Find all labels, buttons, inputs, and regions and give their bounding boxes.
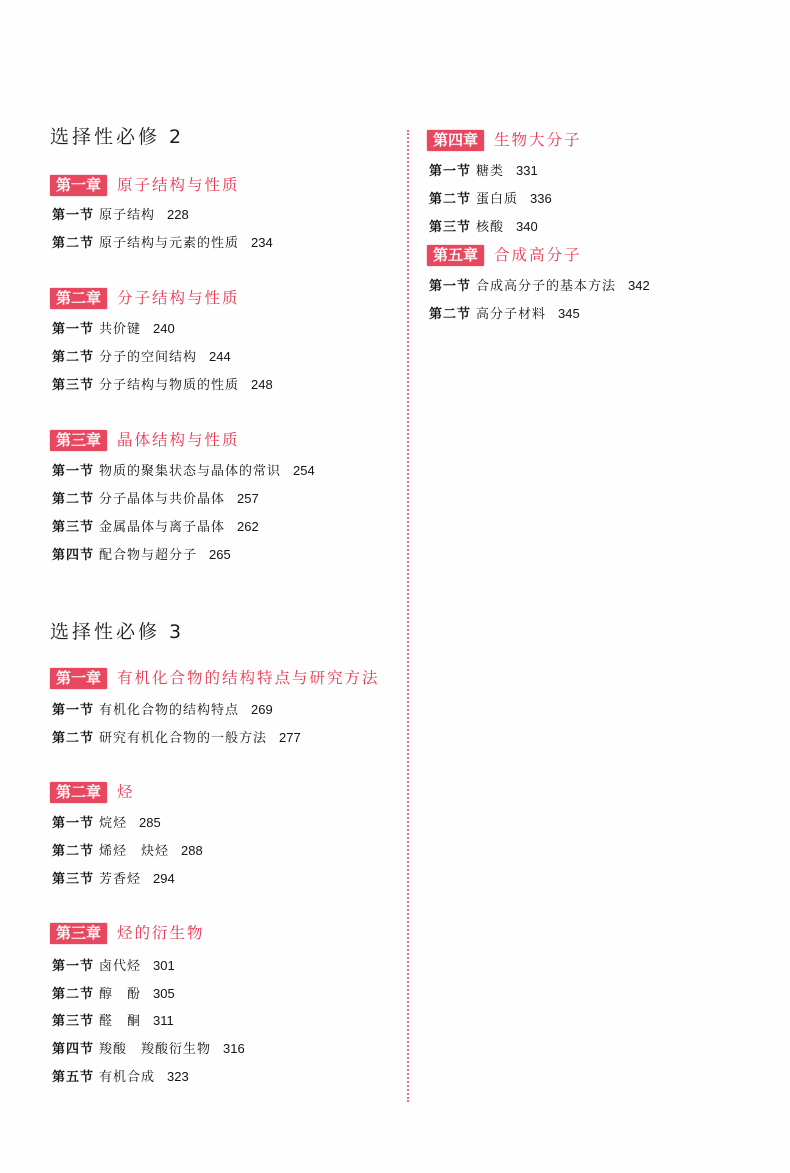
- section-name: 芳香烃: [99, 872, 141, 887]
- page-number: 288: [181, 843, 203, 858]
- section-number: 第二节: [52, 492, 94, 507]
- section-name: 共价键: [99, 322, 141, 337]
- section-number: 第一节: [52, 464, 94, 479]
- toc-entry[interactable]: 第一节卤代烃301: [52, 957, 175, 976]
- section-name: 蛋白质: [476, 192, 518, 207]
- section-number: 第二节: [52, 731, 94, 746]
- section-number: 第一节: [52, 959, 94, 974]
- page-number: 248: [251, 377, 273, 392]
- section-name: 糖类: [476, 164, 504, 179]
- chapter-heading[interactable]: 第二章 分子结构与性质: [50, 287, 240, 309]
- section-number: 第三节: [429, 220, 471, 235]
- page-number: 331: [516, 163, 538, 178]
- toc-page: 选择性必修 2 第一章 原子结构与性质 第一节原子结构228 第二节原子结构与元…: [0, 0, 790, 1173]
- section-name: 合成高分子的基本方法: [476, 279, 616, 294]
- page-number: 294: [153, 871, 175, 886]
- section-name: 核酸: [476, 220, 504, 235]
- chapter-badge: 第三章: [50, 430, 107, 451]
- toc-entry[interactable]: 第一节物质的聚集状态与晶体的常识254: [52, 462, 315, 481]
- section-number: 第一节: [52, 208, 94, 223]
- toc-entry[interactable]: 第三节分子结构与物质的性质248: [52, 376, 273, 395]
- section-number: 第二节: [52, 987, 94, 1002]
- chapter-badge: 第三章: [50, 923, 107, 944]
- section-name: 金属晶体与离子晶体: [99, 520, 225, 535]
- chapter-title: 合成高分子: [494, 244, 582, 266]
- page-number: 265: [209, 547, 231, 562]
- section-number: 第一节: [429, 279, 471, 294]
- section-number: 第二节: [429, 192, 471, 207]
- section-name: 烯烃 炔烃: [99, 844, 169, 859]
- section-name: 分子晶体与共价晶体: [99, 492, 225, 507]
- section-number: 第五节: [52, 1070, 94, 1085]
- section-number: 第二节: [52, 236, 94, 251]
- page-number: 316: [223, 1041, 245, 1056]
- toc-entry[interactable]: 第四节羧酸 羧酸衍生物316: [52, 1040, 245, 1059]
- toc-entry[interactable]: 第一节合成高分子的基本方法342: [429, 277, 650, 296]
- chapter-heading[interactable]: 第一章 原子结构与性质: [50, 174, 240, 196]
- section-name: 醇 酚: [99, 987, 141, 1002]
- page-number: 257: [237, 491, 259, 506]
- page-number: 311: [153, 1013, 174, 1028]
- toc-entry[interactable]: 第五节有机合成323: [52, 1068, 189, 1087]
- page-number: 340: [516, 219, 538, 234]
- toc-entry[interactable]: 第三节金属晶体与离子晶体262: [52, 518, 259, 537]
- chapter-heading[interactable]: 第四章 生物大分子: [427, 129, 582, 151]
- chapter-heading[interactable]: 第三章 烃的衍生物: [50, 922, 205, 944]
- page-number: 305: [153, 986, 175, 1001]
- section-number: 第三节: [52, 872, 94, 887]
- toc-entry[interactable]: 第二节原子结构与元素的性质234: [52, 234, 273, 253]
- chapter-heading[interactable]: 第二章 烃: [50, 781, 135, 803]
- chapter-title: 烃: [117, 781, 135, 803]
- page-number: 228: [167, 207, 189, 222]
- chapter-badge: 第五章: [427, 245, 484, 266]
- toc-entry[interactable]: 第二节烯烃 炔烃288: [52, 842, 203, 861]
- page-number: 336: [530, 191, 552, 206]
- toc-entry[interactable]: 第三节醛 酮311: [52, 1012, 174, 1031]
- chapter-badge: 第二章: [50, 782, 107, 803]
- chapter-title: 有机化合物的结构特点与研究方法: [117, 667, 380, 689]
- page-number: 234: [251, 235, 273, 250]
- toc-entry[interactable]: 第二节分子晶体与共价晶体257: [52, 490, 259, 509]
- toc-entry[interactable]: 第一节共价键240: [52, 320, 175, 339]
- toc-entry[interactable]: 第一节原子结构228: [52, 206, 189, 225]
- section-name: 分子结构与物质的性质: [99, 378, 239, 393]
- toc-entry[interactable]: 第一节糖类331: [429, 162, 538, 181]
- section-number: 第二节: [52, 844, 94, 859]
- section-number: 第四节: [52, 1042, 94, 1057]
- toc-entry[interactable]: 第二节蛋白质336: [429, 190, 552, 209]
- section-name: 卤代烃: [99, 959, 141, 974]
- toc-entry[interactable]: 第二节高分子材料345: [429, 305, 580, 324]
- section-name: 原子结构: [99, 208, 155, 223]
- chapter-title: 生物大分子: [494, 129, 582, 151]
- section-name: 研究有机化合物的一般方法: [99, 731, 267, 746]
- page-number: 277: [279, 730, 301, 745]
- page-number: 269: [251, 702, 273, 717]
- chapter-heading[interactable]: 第五章 合成高分子: [427, 244, 582, 266]
- section-name: 原子结构与元素的性质: [99, 236, 239, 251]
- toc-entry[interactable]: 第二节醇 酚305: [52, 985, 175, 1004]
- section-number: 第一节: [52, 816, 94, 831]
- section-number: 第一节: [52, 703, 94, 718]
- page-number: 244: [209, 349, 231, 364]
- section-number: 第三节: [52, 1014, 94, 1029]
- toc-entry[interactable]: 第三节核酸340: [429, 218, 538, 237]
- chapter-badge: 第一章: [50, 175, 107, 196]
- toc-entry[interactable]: 第二节分子的空间结构244: [52, 348, 231, 367]
- section-number: 第一节: [429, 164, 471, 179]
- toc-entry[interactable]: 第三节芳香烃294: [52, 870, 175, 889]
- page-number: 342: [628, 278, 650, 293]
- chapter-badge: 第四章: [427, 130, 484, 151]
- chapter-badge: 第一章: [50, 668, 107, 689]
- toc-entry[interactable]: 第二节研究有机化合物的一般方法277: [52, 729, 301, 748]
- section-number: 第三节: [52, 378, 94, 393]
- section-number: 第二节: [52, 350, 94, 365]
- section-name: 配合物与超分子: [99, 548, 197, 563]
- page-number: 323: [167, 1069, 189, 1084]
- section-name: 羧酸 羧酸衍生物: [99, 1042, 211, 1057]
- section-number: 第二节: [429, 307, 471, 322]
- toc-entry[interactable]: 第一节有机化合物的结构特点269: [52, 701, 273, 720]
- page-number: 285: [139, 815, 161, 830]
- page-number: 345: [558, 306, 580, 321]
- page-number: 240: [153, 321, 175, 336]
- section-number: 第三节: [52, 520, 94, 535]
- column-divider: [407, 130, 409, 1102]
- chapter-heading[interactable]: 第三章 晶体结构与性质: [50, 429, 240, 451]
- book-title-2: 选择性必修 2: [50, 126, 184, 148]
- section-number: 第四节: [52, 548, 94, 563]
- section-name: 分子的空间结构: [99, 350, 197, 365]
- chapter-heading[interactable]: 第一章 有机化合物的结构特点与研究方法: [50, 667, 380, 689]
- chapter-title: 晶体结构与性质: [117, 429, 240, 451]
- section-name: 物质的聚集状态与晶体的常识: [99, 464, 281, 479]
- page-number: 301: [153, 958, 175, 973]
- page-number: 262: [237, 519, 259, 534]
- chapter-title: 分子结构与性质: [117, 287, 240, 309]
- section-name: 有机合成: [99, 1070, 155, 1085]
- toc-entry[interactable]: 第四节配合物与超分子265: [52, 546, 231, 565]
- chapter-title: 原子结构与性质: [117, 174, 240, 196]
- chapter-badge: 第二章: [50, 288, 107, 309]
- chapter-title: 烃的衍生物: [117, 922, 205, 944]
- toc-entry[interactable]: 第一节烷烃285: [52, 814, 161, 833]
- section-name: 有机化合物的结构特点: [99, 703, 239, 718]
- section-name: 醛 酮: [99, 1014, 141, 1029]
- section-number: 第一节: [52, 322, 94, 337]
- section-name: 烷烃: [99, 816, 127, 831]
- book-title-3: 选择性必修 3: [50, 621, 184, 643]
- section-name: 高分子材料: [476, 307, 546, 322]
- page-number: 254: [293, 463, 315, 478]
